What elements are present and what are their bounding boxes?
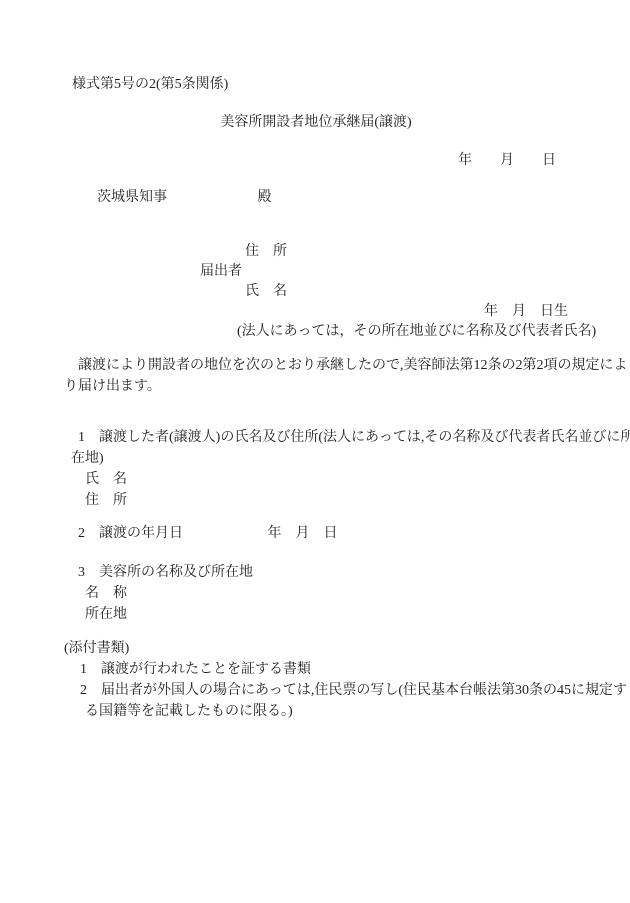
document-title: 美容所開設者地位承継届(譲渡) xyxy=(64,112,568,133)
addressee-honorific: 殿 xyxy=(258,190,272,205)
item-2-transfer-date: 2 譲渡の年月日 年 月 日 xyxy=(64,523,568,544)
attachment-item-2-line-2: る国籍等を記載したものに限る。) xyxy=(85,701,568,722)
declarant-birthdate-line: 年 月 日生 xyxy=(64,302,568,322)
item-1-name-label: 氏 名 xyxy=(85,469,568,490)
body-paragraph: 譲渡により開設者の地位を次のとおり承継したので,美容師法第12条の2第2項の規定… xyxy=(64,355,568,397)
body-text-line-2: り届け出ます。 xyxy=(64,376,568,397)
attachments-section: (添付書類) 1 譲渡が行われたことを証する書類 2 届出者が外国人の場合にあっ… xyxy=(64,638,568,722)
item-1-address-label: 住 所 xyxy=(85,490,568,511)
item-2-label: 2 譲渡の年月日 xyxy=(78,526,183,541)
body-text-line-1: 譲渡により開設者の地位を次のとおり承継したので,美容師法第12条の2第2項の規定… xyxy=(78,355,568,376)
declarant-name-label: 氏 名 xyxy=(245,282,568,302)
declarant-role-label: 届出者 xyxy=(200,262,568,282)
addressee-line: 茨城県知事 殿 xyxy=(97,187,568,208)
item-3-name-label: 名 称 xyxy=(85,583,568,604)
item-3-address-label: 所在地 xyxy=(85,604,568,625)
item-1-transferor: 1 譲渡した者(譲渡人)の氏名及び住所(法人にあっては,その名称及び代表者氏名並… xyxy=(64,427,568,511)
form-number: 様式第5号の2(第5条関係) xyxy=(72,74,568,95)
item-3-heading: 3 美容所の名称及び所在地 xyxy=(78,562,568,583)
item-1-heading-line-1: 1 譲渡した者(譲渡人)の氏名及び住所(法人にあっては,その名称及び代表者氏名並… xyxy=(78,427,568,448)
declarant-address-label: 住 所 xyxy=(245,242,568,262)
attachments-header: (添付書類) xyxy=(64,638,568,659)
submission-date-line: 年 月 日 xyxy=(64,150,568,171)
item-2-date-value: 年 月 日 xyxy=(268,526,338,541)
addressee-name: 茨城県知事 xyxy=(97,190,167,205)
declarant-block: 住 所 届出者 氏 名 年 月 日生 (法人にあっては，その所在地並びに名称及び… xyxy=(64,242,568,342)
item-3-salon-info: 3 美容所の名称及び所在地 名 称 所在地 xyxy=(64,562,568,625)
item-1-heading-line-2: 在地) xyxy=(71,448,568,469)
attachment-item-2-line-1: 2 届出者が外国人の場合にあっては,住民票の写し(住民基本台帳法第30条の45に… xyxy=(80,680,568,701)
attachment-item-1: 1 譲渡が行われたことを証する書類 xyxy=(80,659,568,680)
document-page: 様式第5号の2(第5条関係) 美容所開設者地位承継届(譲渡) 年 月 日 茨城県… xyxy=(0,0,630,903)
declarant-corporation-note: (法人にあっては，その所在地並びに名称及び代表者氏名) xyxy=(237,322,568,342)
